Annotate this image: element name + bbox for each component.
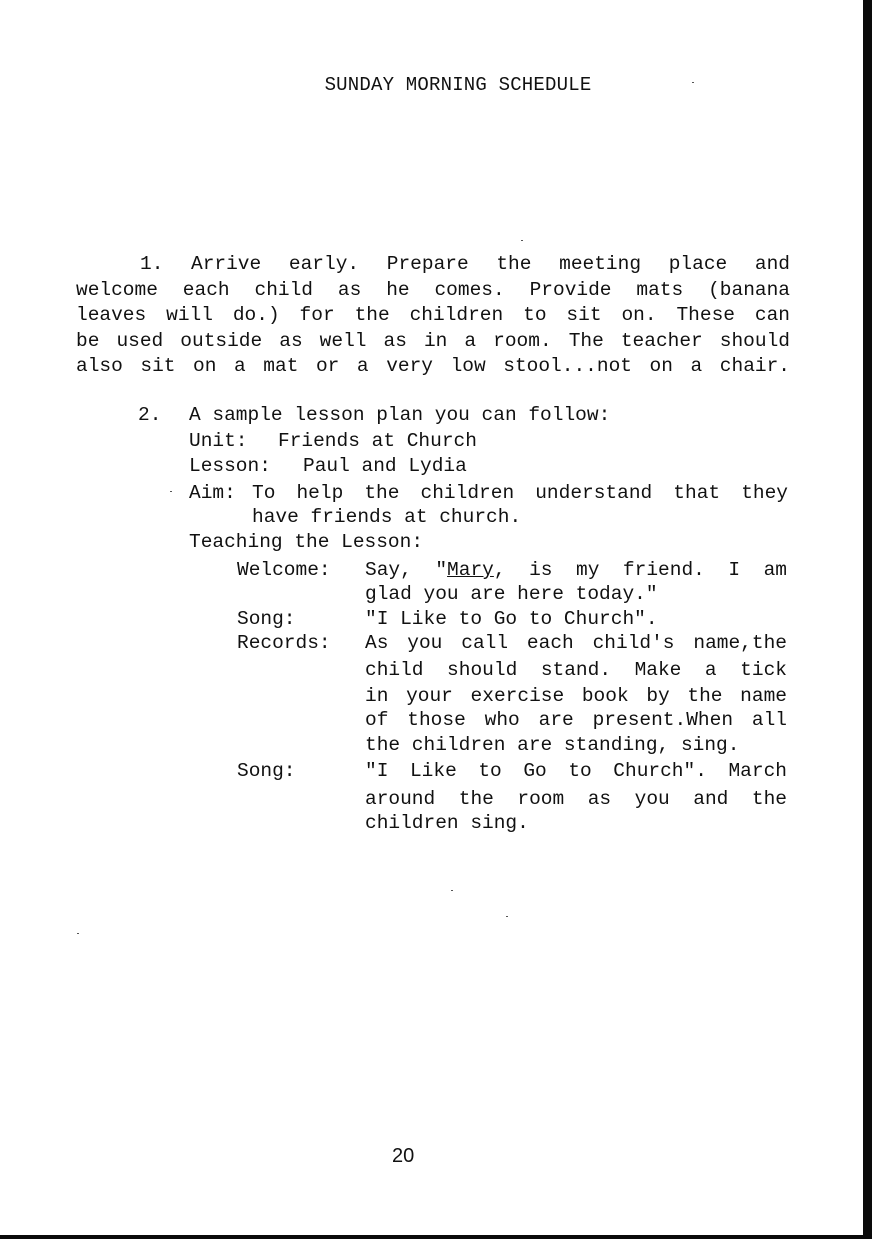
- aim-line-1: To help the children understand that the…: [252, 482, 788, 504]
- step-label-records: Records:: [237, 632, 331, 654]
- step-label-song-2: Song:: [237, 760, 296, 782]
- aim-label: Aim:: [189, 482, 236, 504]
- step-records-line-4: of those who are present.When all: [365, 709, 787, 731]
- item1-line-5: also sit on a mat or a very low stool...…: [76, 355, 790, 377]
- step-records-line-1: As you call each child's name,the: [365, 632, 787, 654]
- lesson-value: Paul and Lydia: [303, 455, 467, 477]
- step-song-2-line-1: "I Like to Go to Church". March: [365, 760, 787, 782]
- step-song-1-line-1: "I Like to Go to Church".: [365, 608, 658, 630]
- teaching-heading: Teaching the Lesson:: [189, 531, 423, 553]
- step-records-line-2: child should stand. Make a tick: [365, 659, 787, 681]
- item1-number: 1.: [140, 253, 163, 275]
- page-number: 20: [392, 1145, 414, 1168]
- scan-speck: [170, 491, 172, 492]
- step-label-song-1: Song:: [237, 608, 296, 630]
- item2-number: 2.: [138, 404, 161, 426]
- step-welcome-line-2: glad you are here today.": [365, 583, 658, 605]
- welcome-text-pre: Say, ": [365, 559, 447, 581]
- step-song-2-line-2: around the room as you and the: [365, 788, 787, 810]
- lesson-label: Lesson:: [189, 455, 271, 477]
- item2-intro: A sample lesson plan you can follow:: [189, 404, 610, 426]
- step-records-line-3: in your exercise book by the name: [365, 685, 787, 707]
- welcome-text-post: , is my friend. I am: [494, 559, 787, 581]
- scan-speck: [451, 890, 453, 891]
- item1-line-4: be used outside as well as in a room. Th…: [76, 330, 790, 352]
- unit-label: Unit:: [189, 430, 248, 452]
- scan-speck: [506, 916, 508, 917]
- page-title: SUNDAY MORNING SCHEDULE: [0, 74, 872, 96]
- step-welcome-line-1: Say, "Mary, is my friend. I am: [365, 559, 787, 581]
- step-song-2-line-3: children sing.: [365, 812, 529, 834]
- step-label-welcome: Welcome:: [237, 559, 331, 581]
- step-records-line-5: the children are standing, sing.: [365, 734, 739, 756]
- aim-line-2: have friends at church.: [252, 506, 521, 528]
- scan-speck: [692, 82, 694, 83]
- unit-value: Friends at Church: [278, 430, 477, 452]
- scan-speck: [77, 933, 79, 934]
- scan-speck: [521, 240, 523, 241]
- item1-line-1: Arrive early. Prepare the meeting place …: [191, 253, 790, 275]
- item1-line-3: leaves will do.) for the children to sit…: [76, 304, 790, 326]
- scan-edge-right: [863, 0, 872, 1239]
- document-page: SUNDAY MORNING SCHEDULE 1. Arrive early.…: [0, 0, 872, 1239]
- item1-line-2: welcome each child as he comes. Provide …: [76, 279, 790, 301]
- scan-edge-bottom: [0, 1235, 872, 1239]
- welcome-name-underlined: Mary: [447, 559, 494, 581]
